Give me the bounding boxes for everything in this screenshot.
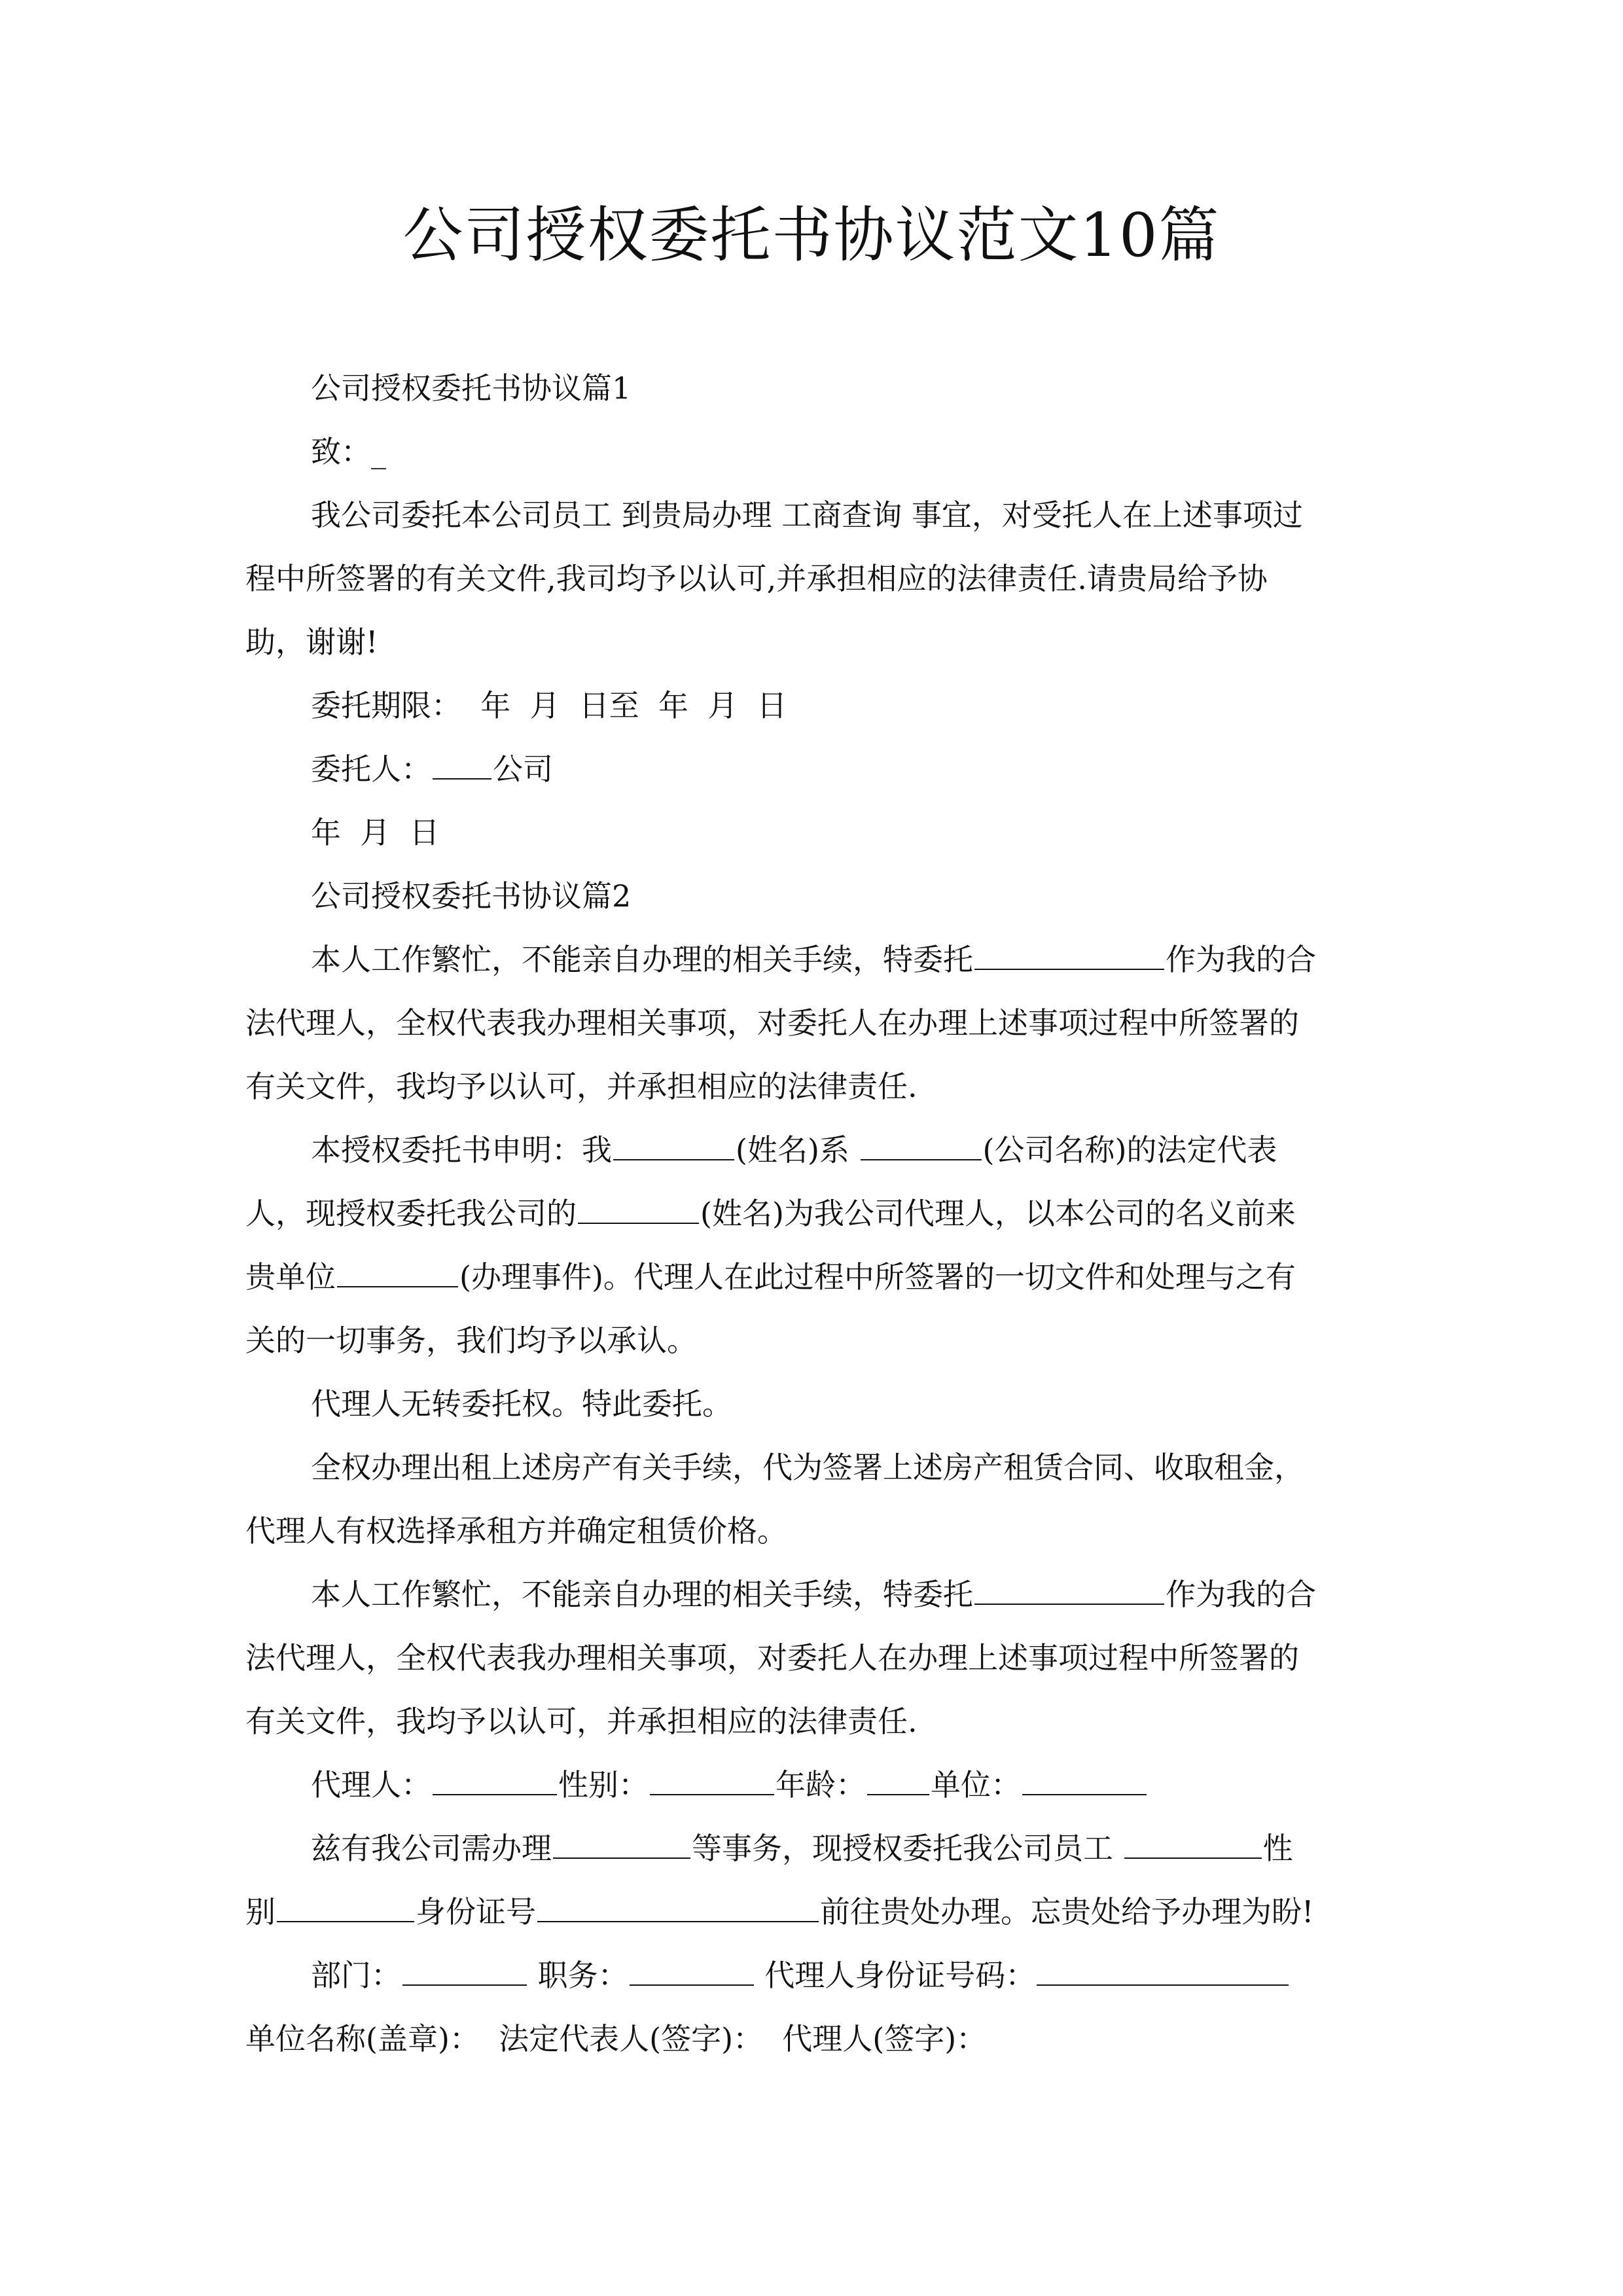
section-1-paragraph-1: 我公司委托本公司员工 到贵局办理 工商查询 事宜，对受托人在上述事项过 程中所签… <box>245 484 1384 674</box>
section-2-paragraph-6: 兹有我公司需办理等事务，现授权委托我公司员工 性 别身份证号前往贵处办理。忘贵处… <box>245 1817 1384 1944</box>
section-2-paragraph-1: 本人工作繁忙，不能亲自办理的相关手续，特委托作为我的合 法代理人，全权代表我办理… <box>245 928 1384 1119</box>
principal-blank <box>433 749 491 780</box>
section-2-paragraph-3: 代理人无转委托权。特此委托。 <box>245 1372 1384 1436</box>
agent-id-blank <box>1037 1956 1289 1986</box>
dept-blank <box>402 1956 527 1986</box>
section-2-paragraph-5: 本人工作繁忙，不能亲自办理的相关手续，特委托作为我的合 法代理人，全权代表我办理… <box>245 1563 1384 1753</box>
matter-blank <box>337 1257 458 1287</box>
addressee-line: 致：_ <box>245 420 1384 484</box>
gender-blank-2 <box>277 1892 414 1922</box>
agent-info-line: 代理人：性别：年龄：单位： <box>245 1753 1384 1817</box>
company-name-blank <box>861 1130 982 1160</box>
name-blank <box>613 1130 734 1160</box>
dept-info-line: 部门： 职务： 代理人身份证号码： <box>245 1944 1384 2007</box>
section-2-paragraph-2: 本授权委托书申明：我(姓名)系 (公司名称)的法定代表 人，现授权委托我公司的(… <box>245 1119 1384 1372</box>
document-body: 公司授权委托书协议篇1 致：_ 我公司委托本公司员工 到贵局办理 工商查询 事宜… <box>245 357 1384 2071</box>
gender-blank <box>650 1765 774 1795</box>
section-1-heading: 公司授权委托书协议篇1 <box>245 357 1384 420</box>
proxy-name-blank <box>578 1194 699 1224</box>
unit-blank <box>1022 1765 1147 1795</box>
age-blank <box>867 1765 929 1795</box>
agent-name-blank-2 <box>974 1575 1164 1605</box>
agent-blank <box>433 1765 557 1795</box>
employee-blank <box>1124 1829 1262 1859</box>
position-blank <box>630 1956 754 1986</box>
addressee-blank: _ <box>371 434 386 469</box>
document-title: 公司授权委托书协议范文10篇 <box>0 200 1623 272</box>
date-line: 年 月 日 <box>245 801 1384 865</box>
task-blank <box>553 1829 690 1859</box>
signature-line: 单位名称(盖章)： 法定代表人(签字)： 代理人(签字)： <box>245 2007 1384 2071</box>
entrust-period: 委托期限： 年 月 日至 年 月 日 <box>245 674 1384 738</box>
section-2-paragraph-4: 全权办理出租上述房产有关手续，代为签署上述房产租赁合同、收取租金， 代理人有权选… <box>245 1436 1384 1563</box>
period-value: 年 月 日至 年 月 日 <box>480 688 787 723</box>
principal-line: 委托人：公司 <box>245 738 1384 801</box>
id-number-blank <box>537 1892 819 1922</box>
agent-name-blank <box>974 940 1164 970</box>
section-2-heading: 公司授权委托书协议篇2 <box>245 865 1384 928</box>
